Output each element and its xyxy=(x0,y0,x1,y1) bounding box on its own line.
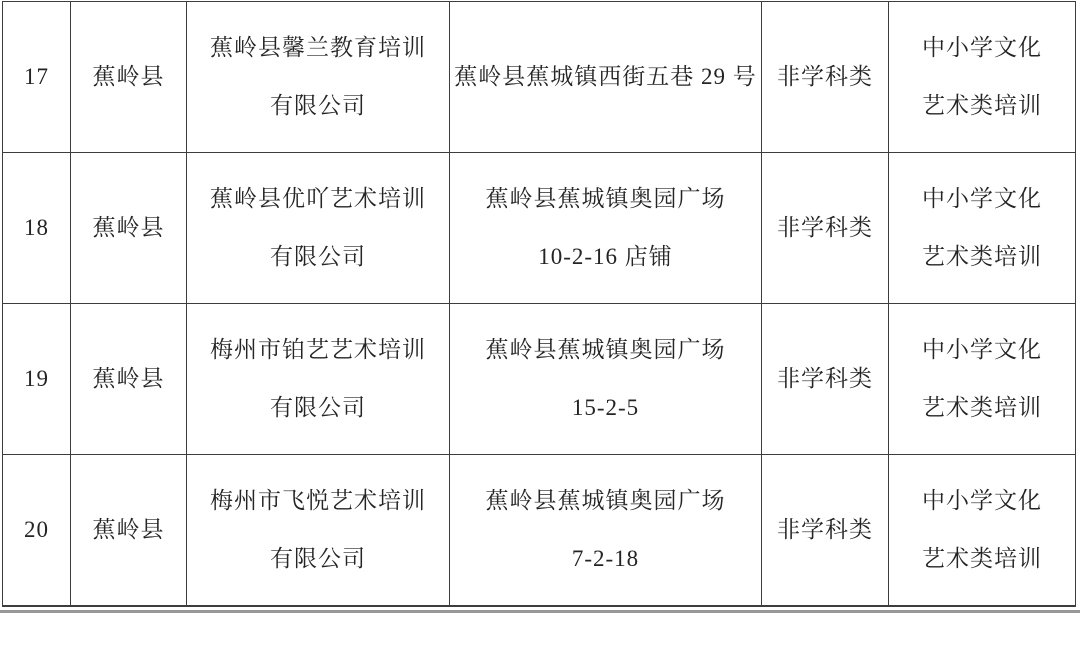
institution-cell: 蕉岭县馨兰教育培训 有限公司 xyxy=(187,2,450,153)
table-row: 20 蕉岭县 梅州市飞悦艺术培训 有限公司 蕉岭县蕉城镇奥园广场 7-2-18 … xyxy=(3,455,1076,606)
institution-cell: 梅州市铂艺艺术培训 有限公司 xyxy=(187,304,450,455)
address-cell: 蕉岭县蕉城镇奥园广场 15-2-5 xyxy=(450,304,762,455)
table-row: 18 蕉岭县 蕉岭县优吖艺术培训 有限公司 蕉岭县蕉城镇奥园广场 10-2-16… xyxy=(3,153,1076,304)
table-row: 17 蕉岭县 蕉岭县馨兰教育培训 有限公司 蕉岭县蕉城镇西街五巷 29 号 非学… xyxy=(3,2,1076,153)
category-cell: 非学科类 xyxy=(762,455,889,606)
training-type-cell: 中小学文化 艺术类培训 xyxy=(889,153,1076,304)
institution-cell: 蕉岭县优吖艺术培训 有限公司 xyxy=(187,153,450,304)
row-index-cell: 18 xyxy=(3,153,71,304)
county-cell: 蕉岭县 xyxy=(71,455,187,606)
training-institutions-table: 17 蕉岭县 蕉岭县馨兰教育培训 有限公司 蕉岭县蕉城镇西街五巷 29 号 非学… xyxy=(2,1,1076,607)
county-cell: 蕉岭县 xyxy=(71,153,187,304)
category-cell: 非学科类 xyxy=(762,2,889,153)
training-type-cell: 中小学文化 艺术类培训 xyxy=(889,455,1076,606)
category-cell: 非学科类 xyxy=(762,304,889,455)
training-type-cell: 中小学文化 艺术类培训 xyxy=(889,2,1076,153)
row-index-cell: 20 xyxy=(3,455,71,606)
category-cell: 非学科类 xyxy=(762,153,889,304)
address-cell: 蕉岭县蕉城镇西街五巷 29 号 xyxy=(450,2,762,153)
page-edge-line xyxy=(0,610,1080,613)
training-type-cell: 中小学文化 艺术类培训 xyxy=(889,304,1076,455)
row-index-cell: 17 xyxy=(3,2,71,153)
table-row: 19 蕉岭县 梅州市铂艺艺术培训 有限公司 蕉岭县蕉城镇奥园广场 15-2-5 … xyxy=(3,304,1076,455)
county-cell: 蕉岭县 xyxy=(71,304,187,455)
county-cell: 蕉岭县 xyxy=(71,2,187,153)
institution-cell: 梅州市飞悦艺术培训 有限公司 xyxy=(187,455,450,606)
row-index-cell: 19 xyxy=(3,304,71,455)
address-cell: 蕉岭县蕉城镇奥园广场 10-2-16 店铺 xyxy=(450,153,762,304)
address-cell: 蕉岭县蕉城镇奥园广场 7-2-18 xyxy=(450,455,762,606)
